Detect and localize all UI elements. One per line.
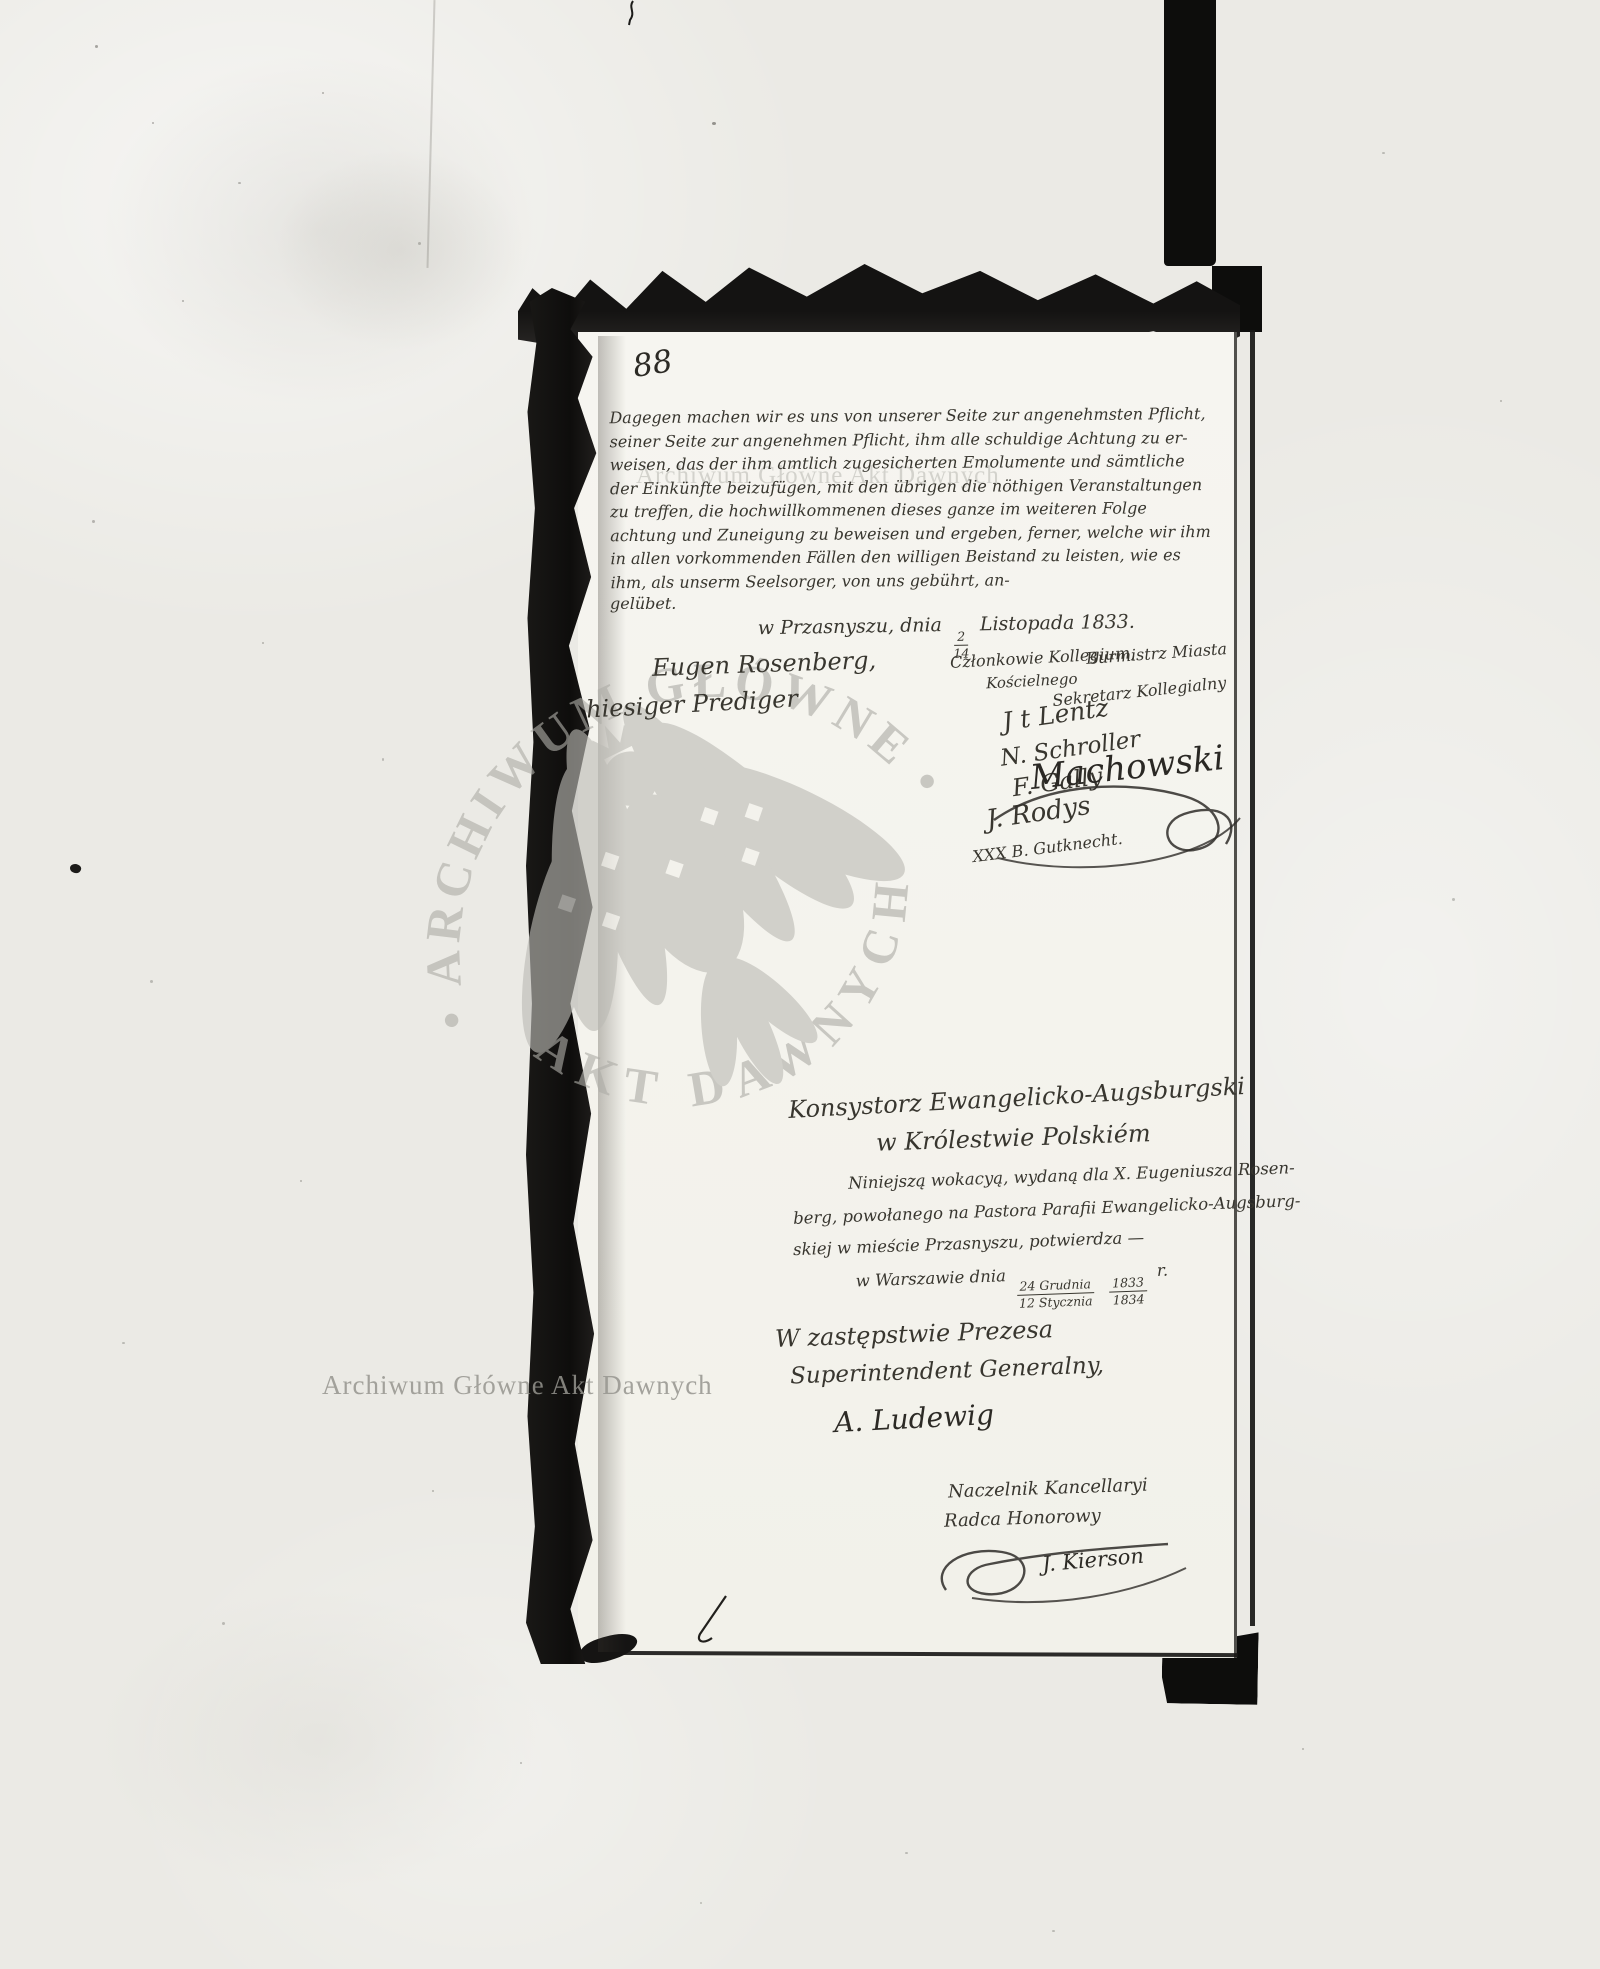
dust-speck [905, 1852, 908, 1854]
dust-speck [432, 1490, 434, 1492]
dust-speck [152, 122, 154, 124]
dust-speck [700, 1902, 702, 1904]
consistory-date-year-upper: 1833 [1109, 1275, 1147, 1292]
dateline-suffix: Listopada 1833. [980, 611, 1135, 636]
film-edge-bar-top-right [1164, 0, 1216, 266]
dust-speck [1382, 152, 1385, 154]
consistory-date-year-lower: 1834 [1112, 1291, 1144, 1307]
dust-speck [520, 1762, 522, 1764]
chancellery-signature-flourish [928, 1538, 1194, 1612]
german-line: in allen vorkommenden Fällen den willige… [610, 543, 1238, 571]
consistory-date-year-fraction: 1833 1834 [1109, 1275, 1148, 1307]
dust-speck [1052, 1930, 1055, 1932]
paper-stain [240, 120, 560, 380]
film-scratch [426, 0, 435, 268]
dust-speck [1500, 400, 1502, 402]
pen-squiggle-top [624, 0, 640, 26]
consistory-date-suffix: r. [1156, 1261, 1168, 1280]
dateline-day-upper: 2 [954, 630, 968, 646]
german-line: ihm, als unserm Seelsorger, von uns gebü… [610, 566, 1238, 594]
dust-speck [238, 182, 241, 184]
dust-speck [712, 122, 716, 125]
dust-speck [322, 92, 324, 94]
dust-speck [182, 300, 184, 302]
dust-speck [122, 1342, 125, 1344]
pen-mark-bottom-left [690, 1592, 734, 1646]
film-edge-line-right [1250, 330, 1255, 1626]
page-number: 88 [630, 343, 675, 385]
microfilm-scan: • ARCHIWUM GŁÓWNE • AKT DAWNYCH [0, 0, 1600, 1969]
dust-speck [222, 1622, 225, 1625]
german-paragraph: Dagegen machen wir es uns von unserer Se… [609, 402, 1238, 594]
dust-speck [95, 45, 98, 48]
dust-speck [418, 242, 421, 245]
consistory-date-month-fraction: 24 Grudnia 12 Stycznia [1016, 1277, 1094, 1310]
dust-speck [92, 520, 95, 523]
dust-speck [150, 980, 153, 983]
paper-stain [40, 1550, 600, 1930]
dateline-prefix: w Przasnyszu, dnia [758, 614, 942, 639]
german-closing: gelübet. [610, 594, 676, 613]
ink-blot [69, 862, 83, 875]
watermark-bottom-line: Archiwum Główne Akt Dawnych [322, 1370, 713, 1401]
dust-speck [1302, 1748, 1304, 1750]
dust-speck [262, 642, 264, 644]
dust-speck [1452, 898, 1455, 901]
paper-stain [60, 20, 580, 440]
dust-speck [300, 1180, 302, 1182]
consistory-date-prefix: w Warszawie dnia [855, 1266, 1006, 1290]
consistory-date-month-lower: 12 Stycznia [1019, 1293, 1093, 1310]
